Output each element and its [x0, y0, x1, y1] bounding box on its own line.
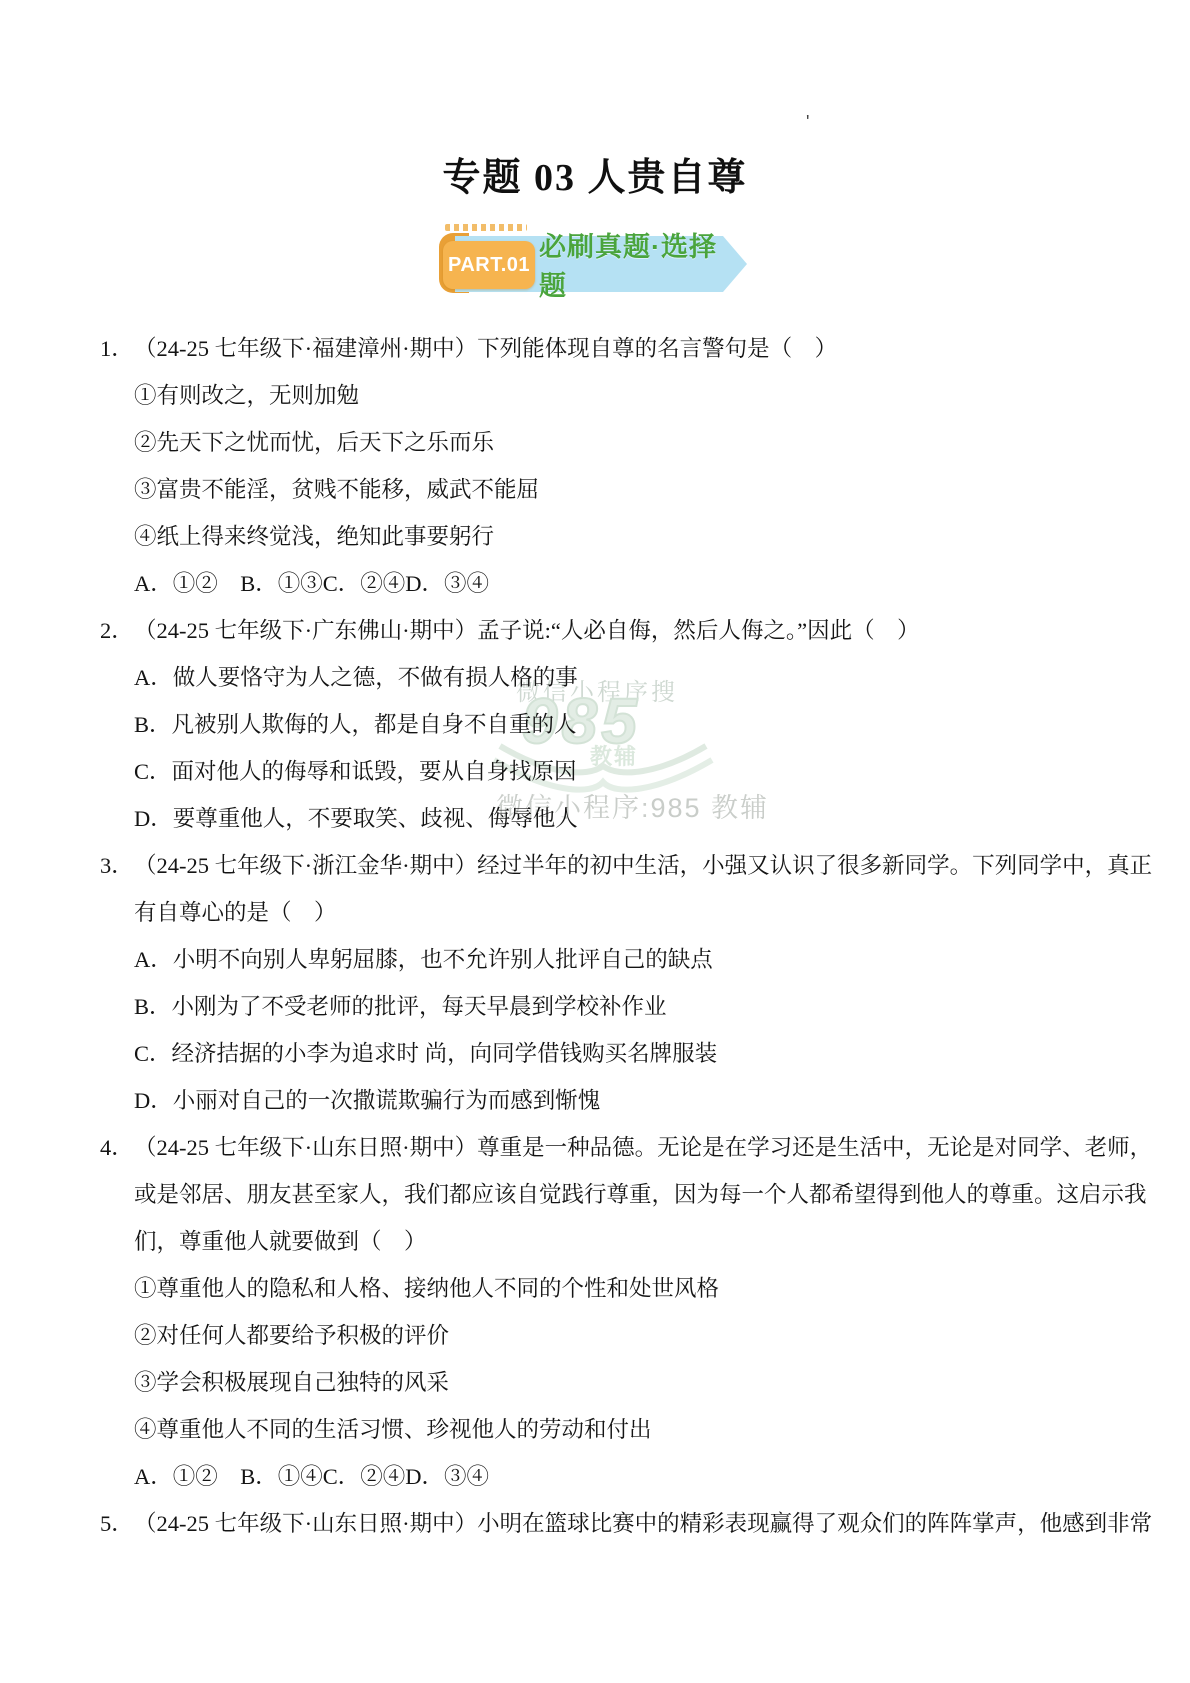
question-stem-line: 3．（24-25 七年级下·浙江金华·期中）经过半年的初中生活，小强又认识了很多…	[100, 842, 1105, 889]
question-option-line: A．小明不向别人卑躬屈膝，也不允许别人批评自己的缺点	[100, 936, 1105, 983]
question-option-text: ③学会积极展现自己独特的风采	[134, 1370, 449, 1395]
question-option-line: D．要尊重他人，不要取笑、歧视、侮辱他人	[100, 795, 1105, 842]
question-stem-text: 或是邻居、朋友甚至家人，我们都应该自觉践行尊重，因为每一个人都希望得到他人的尊重…	[134, 1182, 1147, 1207]
question-stem-text: 们，尊重他人就要做到（ ）	[134, 1229, 427, 1254]
question-number: 4．	[100, 1124, 134, 1171]
question-option-text: ②先天下之忧而忧，后天下之乐而乐	[134, 430, 494, 455]
question-stem-line: 1．（24-25 七年级下·福建漳州·期中）下列能体现自尊的名言警句是（ ）	[100, 325, 1105, 372]
question-option-line: ①尊重他人的隐私和人格、接纳他人不同的个性和处世风格	[100, 1265, 1105, 1312]
banner-title: 必刷真题·选择题	[539, 236, 735, 292]
question-stem-text: （24-25 七年级下·浙江金华·期中）经过半年的初中生活，小强又认识了很多新同…	[134, 853, 1152, 878]
question-option-text: ②对任何人都要给予积极的评价	[134, 1323, 449, 1348]
question-option-text: C．经济拮据的小李为追求时 尚，向同学借钱购买名牌服装	[134, 1041, 717, 1066]
question-block: 4．（24-25 七年级下·山东日照·期中）尊重是一种品德。无论是在学习还是生活…	[100, 1124, 1105, 1500]
question-stem-line: 2．（24-25 七年级下·广东佛山·期中）孟子说:“人必自侮，然后人侮之。”因…	[100, 607, 1105, 654]
question-option-line: C．经济拮据的小李为追求时 尚，向同学借钱购买名牌服装	[100, 1030, 1105, 1077]
question-option-line: A．①② B．①③C．②④D．③④	[100, 560, 1105, 607]
banner-part-label: PART.01	[443, 241, 535, 289]
question-option-text: ①有则改之，无则加勉	[134, 383, 359, 408]
question-option-line: C．面对他人的侮辱和诋毁，要从自身找原因	[100, 748, 1105, 795]
question-option-text: B．小刚为了不受老师的批评，每天早晨到学校补作业	[134, 994, 667, 1019]
question-stem-line: 4．（24-25 七年级下·山东日照·期中）尊重是一种品德。无论是在学习还是生活…	[100, 1124, 1105, 1171]
question-stem-line: 们，尊重他人就要做到（ ）	[100, 1218, 1105, 1265]
questions-area: 1．（24-25 七年级下·福建漳州·期中）下列能体现自尊的名言警句是（ ）①有…	[100, 325, 1105, 1547]
banner-dashes-decoration	[445, 224, 527, 231]
question-option-line: D．小丽对自己的一次撒谎欺骗行为而感到惭愧	[100, 1077, 1105, 1124]
question-stem-line: 或是邻居、朋友甚至家人，我们都应该自觉践行尊重，因为每一个人都希望得到他人的尊重…	[100, 1171, 1105, 1218]
question-option-text: ①尊重他人的隐私和人格、接纳他人不同的个性和处世风格	[134, 1276, 719, 1301]
question-option-line: ②先天下之忧而忧，后天下之乐而乐	[100, 419, 1105, 466]
question-block: 2．（24-25 七年级下·广东佛山·期中）孟子说:“人必自侮，然后人侮之。”因…	[100, 607, 1105, 842]
question-option-text: D．小丽对自己的一次撒谎欺骗行为而感到惭愧	[134, 1088, 600, 1113]
question-option-line: ①有则改之，无则加勉	[100, 372, 1105, 419]
question-option-line: B．小刚为了不受老师的批评，每天早晨到学校补作业	[100, 983, 1105, 1030]
question-option-text: ④尊重他人不同的生活习惯、珍视他人的劳动和付出	[134, 1417, 652, 1442]
question-number: 1．	[100, 325, 134, 372]
question-number: 2．	[100, 607, 134, 654]
question-stem-text: （24-25 七年级下·山东日照·期中）尊重是一种品德。无论是在学习还是生活中，…	[134, 1135, 1152, 1160]
question-option-text: C．面对他人的侮辱和诋毁，要从自身找原因	[134, 759, 577, 784]
page-title: 专题 03 人贵自尊	[0, 146, 1190, 201]
question-block: 3．（24-25 七年级下·浙江金华·期中）经过半年的初中生活，小强又认识了很多…	[100, 842, 1105, 1124]
question-block: 5．（24-25 七年级下·山东日照·期中）小明在篮球比赛中的精彩表现赢得了观众…	[100, 1500, 1105, 1547]
question-option-text: ④纸上得来终觉浅，绝知此事要躬行	[134, 524, 494, 549]
question-block: 1．（24-25 七年级下·福建漳州·期中）下列能体现自尊的名言警句是（ ）①有…	[100, 325, 1105, 607]
question-option-text: ③富贵不能淫，贫贱不能移，威武不能屈	[134, 477, 539, 502]
question-option-text: A．①② B．①④C．②④D．③④	[134, 1464, 489, 1489]
question-number: 5．	[100, 1500, 134, 1547]
question-stem-text: （24-25 七年级下·福建漳州·期中）下列能体现自尊的名言警句是（ ）	[134, 336, 837, 361]
question-option-line: ③富贵不能淫，贫贱不能移，威武不能屈	[100, 466, 1105, 513]
question-stem-text: （24-25 七年级下·山东日照·期中）小明在篮球比赛中的精彩表现赢得了观众们的…	[134, 1511, 1152, 1536]
question-option-line: ②对任何人都要给予积极的评价	[100, 1312, 1105, 1359]
question-option-text: B．凡被别人欺侮的人，都是自身不自重的人	[134, 712, 577, 737]
corner-mark: '	[806, 112, 809, 133]
question-option-text: A．做人要恪守为人之德，不做有损人格的事	[134, 665, 578, 690]
question-option-line: ④纸上得来终觉浅，绝知此事要躬行	[100, 513, 1105, 560]
question-stem-line: 5．（24-25 七年级下·山东日照·期中）小明在篮球比赛中的精彩表现赢得了观众…	[100, 1500, 1105, 1547]
question-option-text: A．小明不向别人卑躬屈膝，也不允许别人批评自己的缺点	[134, 947, 713, 972]
question-option-line: ④尊重他人不同的生活习惯、珍视他人的劳动和付出	[100, 1406, 1105, 1453]
question-option-line: ③学会积极展现自己独特的风采	[100, 1359, 1105, 1406]
question-stem-text: 有自尊心的是（ ）	[134, 900, 337, 925]
question-option-line: B．凡被别人欺侮的人，都是自身不自重的人	[100, 701, 1105, 748]
question-option-text: A．①② B．①③C．②④D．③④	[134, 571, 489, 596]
question-stem-line: 有自尊心的是（ ）	[100, 889, 1105, 936]
question-option-text: D．要尊重他人，不要取笑、歧视、侮辱他人	[134, 806, 578, 831]
part-banner: 必刷真题·选择题 PART.01	[443, 220, 748, 296]
question-option-line: A．做人要恪守为人之德，不做有损人格的事	[100, 654, 1105, 701]
question-stem-text: （24-25 七年级下·广东佛山·期中）孟子说:“人必自侮，然后人侮之。”因此（…	[134, 618, 920, 643]
question-option-line: A．①② B．①④C．②④D．③④	[100, 1453, 1105, 1500]
question-number: 3．	[100, 842, 134, 889]
